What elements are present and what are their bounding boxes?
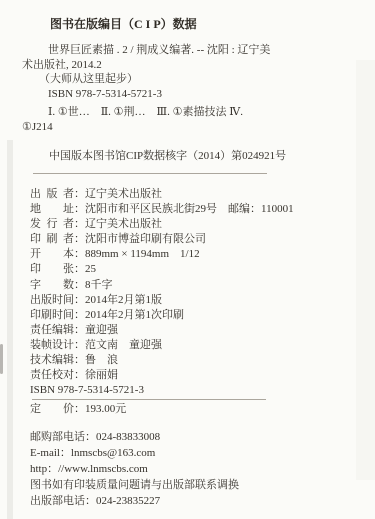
colophon-label: 地址: [30, 202, 74, 217]
colophon-label: 印刷者: [30, 232, 74, 247]
scan-artifact: [0, 344, 3, 374]
colophon-label: 装帧设计: [30, 338, 74, 353]
scan-artifact: [7, 140, 13, 519]
divider-line: [33, 173, 267, 174]
colophon-value: 沈阳市和平区民族北街29号 邮编：110001: [85, 203, 294, 215]
colophon-colon: ：: [74, 248, 85, 260]
colophon-colon: ：: [74, 203, 85, 215]
colophon-value: 辽宁美术出版社: [85, 218, 162, 230]
cip-classification-line-1: Ⅰ. ①世… Ⅱ. ①荆… Ⅲ. ①素描技法 Ⅳ.: [22, 105, 243, 120]
colophon-colon: ：: [74, 263, 85, 275]
cip-entry-line-2: 术出版社, 2014.2: [22, 58, 270, 73]
price-value: 193.00元: [85, 403, 126, 415]
colophon-row: 技术编辑：鲁 浪: [30, 353, 294, 368]
colophon-colon: ：: [74, 339, 85, 351]
colophon-label: 印张: [30, 262, 74, 277]
cip-entry-line-1: 世界巨匠素描 . 2 / 荆成义编著. -- 沈阳 : 辽宁美: [22, 43, 270, 58]
colophon-colon: ：: [74, 324, 85, 336]
cip-classification-block: Ⅰ. ①世… Ⅱ. ①荆… Ⅲ. ①素描技法 Ⅳ. ①J214: [22, 105, 243, 135]
colophon-row: 字数：8千字: [30, 278, 294, 293]
contact-line-mail-order-phone: 邮购部电话：024-83833008: [30, 429, 239, 445]
cip-entry-block: 世界巨匠素描 . 2 / 荆成义编著. -- 沈阳 : 辽宁美 术出版社, 20…: [22, 43, 270, 101]
colophon-colon: ：: [74, 354, 85, 366]
colophon-row: 发行者：辽宁美术出版社: [30, 217, 294, 232]
colophon-label: 技术编辑: [30, 353, 74, 368]
contact-block: 邮购部电话：024-83833008 E-mail：lnmscbs@163.co…: [30, 429, 239, 509]
colophon-row: 印刷者：沈阳市博益印刷有限公司: [30, 232, 294, 247]
scan-artifact: [356, 60, 375, 480]
colophon-isbn-line: ISBN 978-7-5314-5721-3: [30, 383, 294, 398]
colophon-value: 范文南 童迎强: [85, 339, 162, 351]
colophon-row: 出版时间：2014年2月第1版: [30, 293, 294, 308]
book-copyright-page: 图书在版编目（C I P）数据 世界巨匠素描 . 2 / 荆成义编著. -- 沈…: [0, 0, 375, 519]
colophon-label: 字数: [30, 278, 74, 293]
colophon-value: 2014年2月第1次印刷: [85, 309, 184, 321]
colophon-colon: ：: [74, 279, 85, 291]
colophon-colon: ：: [74, 294, 85, 306]
colophon-row: 责任编辑：童迎强: [30, 323, 294, 338]
cip-series-note: （大师从这里起步）: [22, 72, 270, 87]
colophon-row: 印张：25: [30, 262, 294, 277]
colophon-colon: ：: [74, 233, 85, 245]
colophon-value: 25: [85, 263, 96, 275]
colophon-value: 889mm × 1194mm 1/12: [85, 248, 200, 260]
colophon-row: 出版者：辽宁美术出版社: [30, 187, 294, 202]
colophon-label: 开本: [30, 247, 74, 262]
colophon-label: 印刷时间: [30, 308, 74, 323]
cip-classification-line-2: ①J214: [22, 120, 243, 135]
colophon-colon: ：: [74, 188, 85, 200]
contact-line-email: E-mail：lnmscbs@163.com: [30, 445, 239, 461]
colophon-value: 2014年2月第1版: [85, 294, 162, 306]
cip-heading: 图书在版编目（C I P）数据: [50, 15, 197, 32]
colophon-row: 印刷时间：2014年2月第1次印刷: [30, 308, 294, 323]
colophon-label: 责任校对: [30, 368, 74, 383]
colophon-row: 地址：沈阳市和平区民族北街29号 邮编：110001: [30, 202, 294, 217]
colophon-value: 鲁 浪: [85, 354, 118, 366]
colophon-row: 开本：889mm × 1194mm 1/12: [30, 247, 294, 262]
colophon-value: 8千字: [85, 279, 113, 291]
colophon-label: 责任编辑: [30, 323, 74, 338]
price-row: 定价：193.00元: [30, 402, 294, 417]
colophon-colon: ：: [74, 403, 85, 415]
cip-isbn: ISBN 978-7-5314-5721-3: [22, 87, 270, 102]
contact-line-publishing-dept-phone: 出版部电话：024-23835227: [30, 493, 239, 509]
colophon-colon: ：: [74, 369, 85, 381]
cip-record-number: 中国版本图书馆CIP数据核字（2014）第024921号: [49, 147, 286, 163]
colophon-colon: ：: [74, 218, 85, 230]
contact-line-website: http：//www.lnmscbs.com: [30, 461, 239, 477]
colophon-value: 童迎强: [85, 324, 118, 336]
colophon-block: 出版者：辽宁美术出版社 地址：沈阳市和平区民族北街29号 邮编：110001 发…: [30, 187, 294, 417]
colophon-value: 辽宁美术出版社: [85, 188, 162, 200]
colophon-label: 出版时间: [30, 293, 74, 308]
colophon-label: 发行者: [30, 217, 74, 232]
contact-line-quality-note: 图书如有印装质量问题请与出版部联系调换: [30, 477, 239, 493]
colophon-value: 沈阳市博益印刷有限公司: [85, 233, 206, 245]
colophon-row: 责任校对：徐丽娟: [30, 368, 294, 383]
colophon-label: 出版者: [30, 187, 74, 202]
colophon-colon: ：: [74, 309, 85, 321]
colophon-row: 装帧设计：范文南 童迎强: [30, 338, 294, 353]
colophon-value: 徐丽娟: [85, 369, 118, 381]
divider-line: [32, 399, 266, 400]
price-label: 定价: [30, 402, 74, 417]
